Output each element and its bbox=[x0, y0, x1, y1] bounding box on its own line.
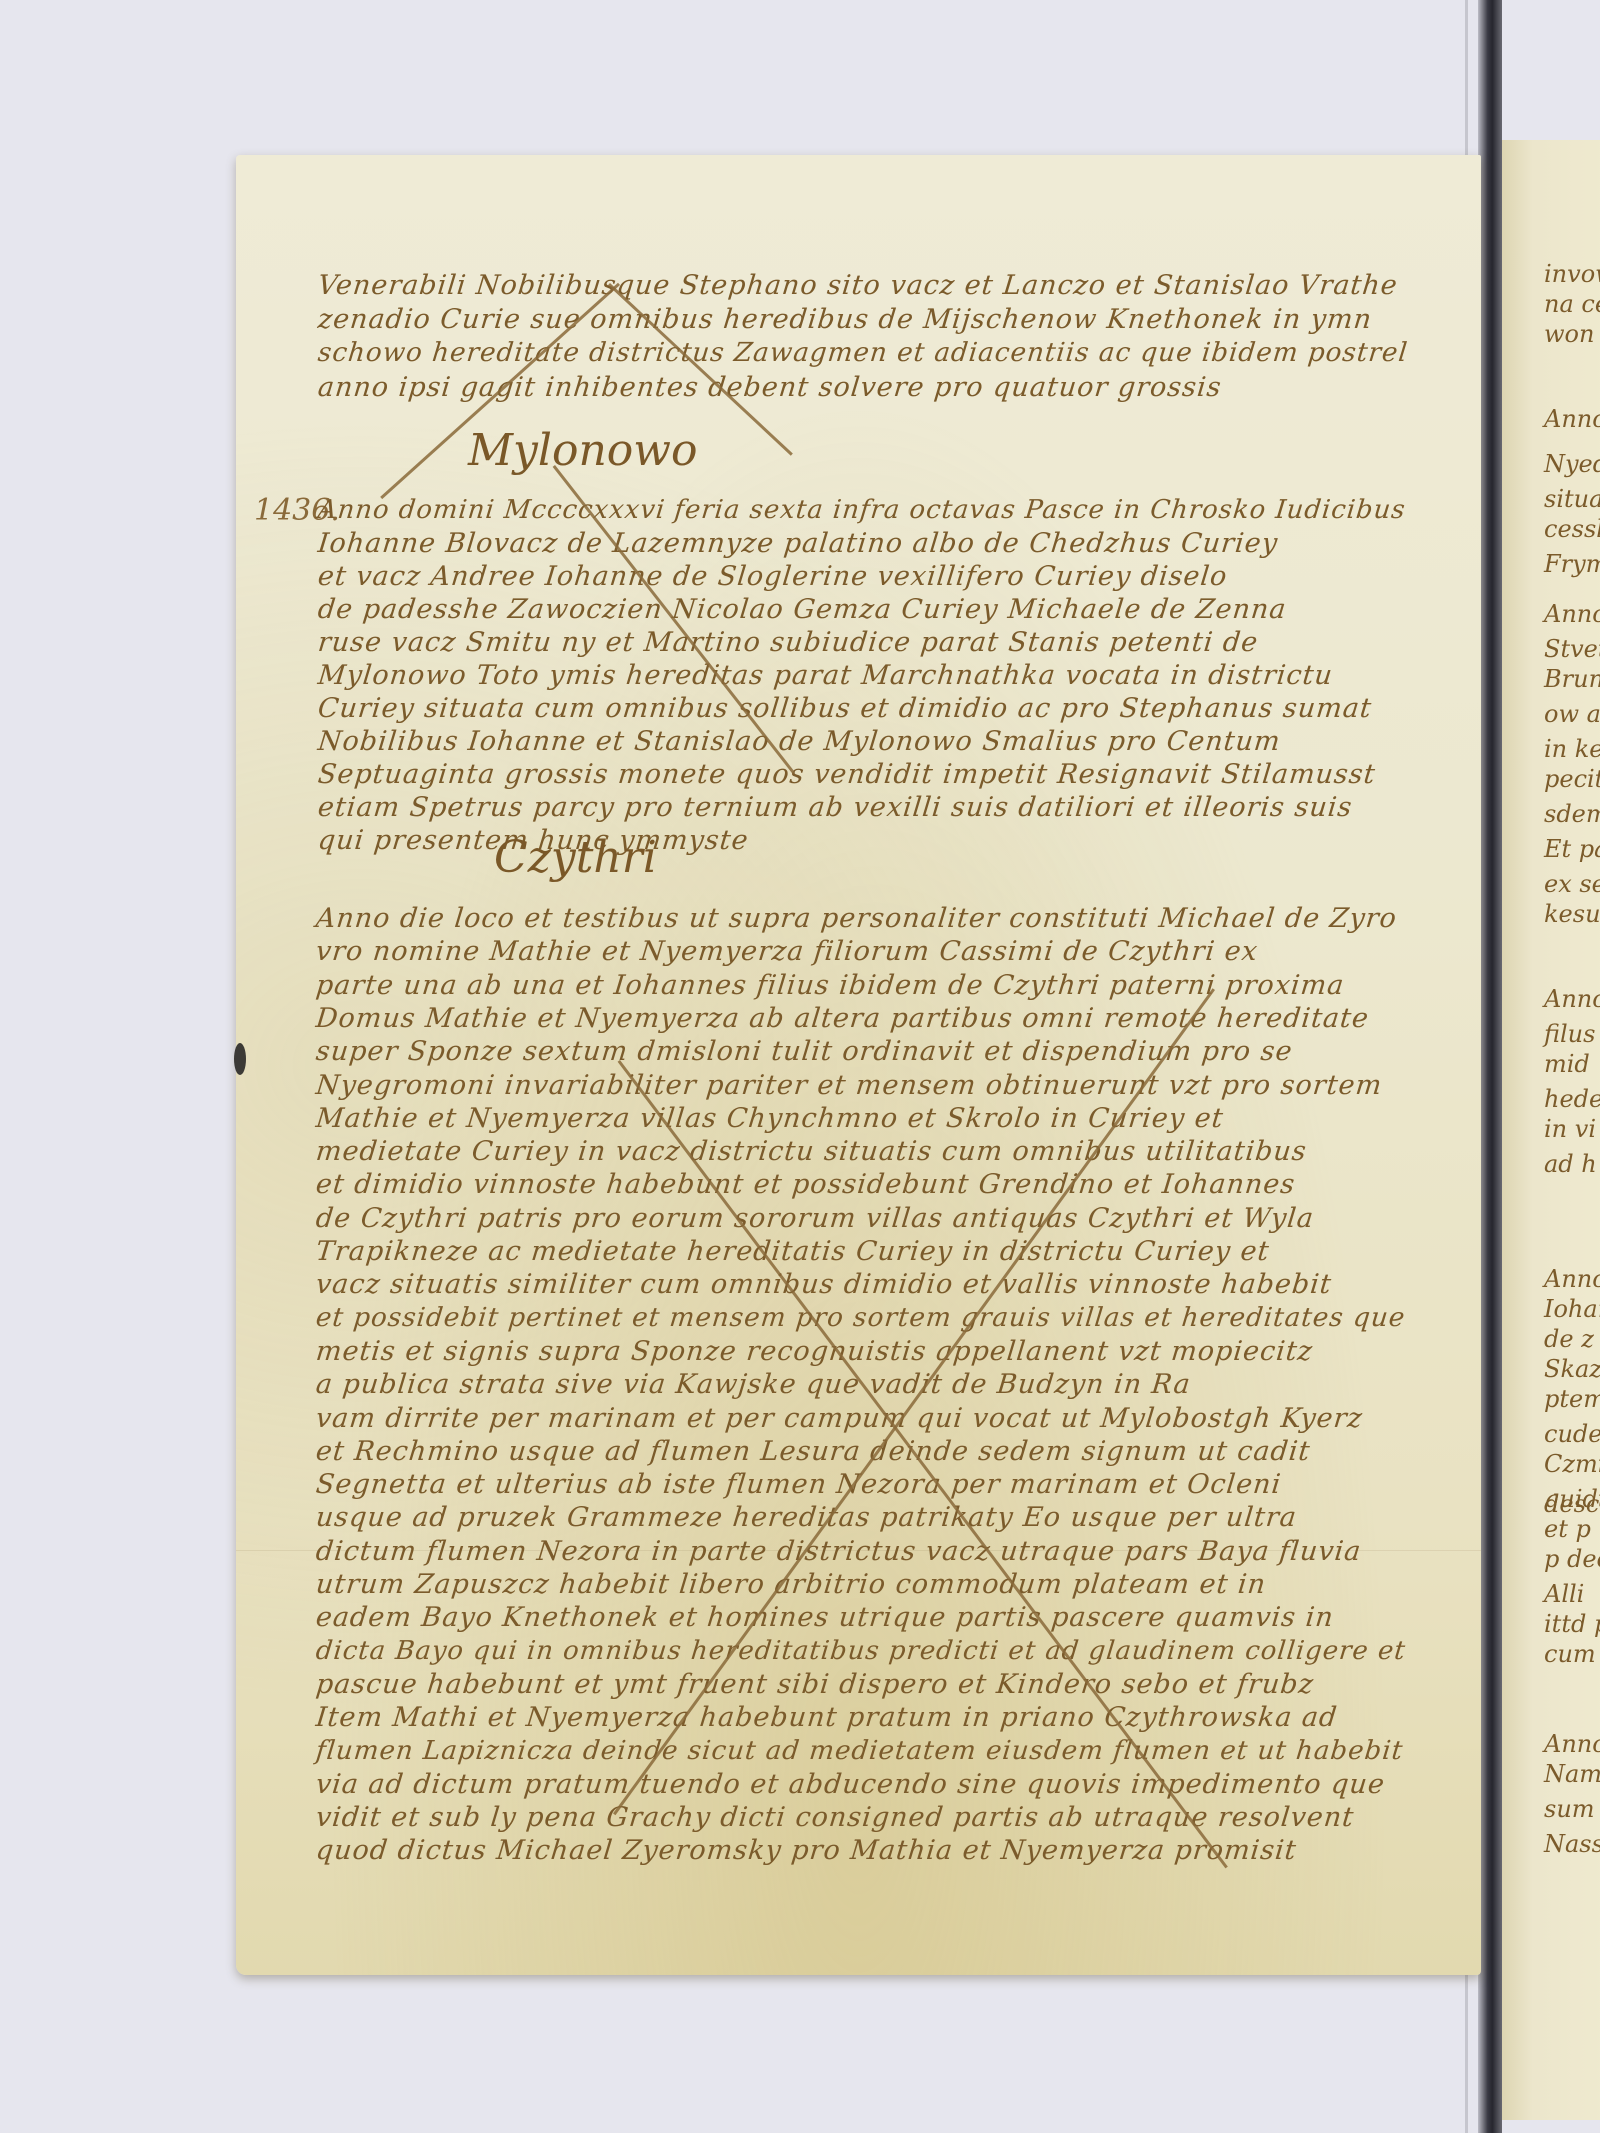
facing-page-fragment: Anno bbox=[1544, 600, 1600, 628]
facing-page-fragment: Iohan bbox=[1544, 1295, 1600, 1323]
facing-page-fragment: in vi bbox=[1544, 1115, 1596, 1143]
facing-page-fragment: Nams bbox=[1544, 1760, 1600, 1788]
ink-blot bbox=[234, 1043, 246, 1075]
facing-page-fragment: na ce bbox=[1544, 290, 1600, 318]
heading-czythri: Czythri bbox=[494, 832, 657, 883]
manuscript-line: vro nomine Mathie et Nyemyerza filiorum … bbox=[314, 936, 1259, 967]
facing-page-fragment: mid bbox=[1544, 1050, 1590, 1078]
manuscript-line: Domus Mathie et Nyemyerza ab altera part… bbox=[314, 1003, 1370, 1034]
facing-page-fragment: Skaz bbox=[1544, 1355, 1600, 1383]
manuscript-line: utrum Zapuszcz habebit libero arbitrio c… bbox=[314, 1569, 1267, 1600]
facing-page-fragment: Nass bbox=[1544, 1830, 1600, 1858]
manuscript-line: flumen Lapiznicza deinde sicut ad mediet… bbox=[314, 1736, 1404, 1766]
manuscript-line: Iohanne Blovacz de Lazemnyze palatino al… bbox=[316, 528, 1279, 559]
manuscript-line: vam dirrite per marinam et per campum qu… bbox=[314, 1403, 1364, 1434]
manuscript-line: Segnetta et ulterius ab iste flumen Nezo… bbox=[314, 1469, 1282, 1500]
facing-page-fragment: descom bbox=[1544, 1490, 1600, 1518]
facing-page-fragment: situat bbox=[1544, 485, 1600, 513]
manuscript-line: etiam Spetrus parcy pro ternium ab vexil… bbox=[316, 792, 1354, 823]
manuscript-line: quod dictus Michael Zyeromsky pro Mathia… bbox=[314, 1835, 1298, 1866]
manuscript-line: Venerabili Nobilibusque Stephano sito va… bbox=[316, 270, 1399, 301]
facing-page-fragment: Brun bbox=[1544, 665, 1600, 693]
manuscript-line: parte una ab una et Iohannes filius ibid… bbox=[314, 970, 1346, 1001]
manuscript-line: super Sponze sextum dmisloni tulit ordin… bbox=[314, 1036, 1294, 1067]
manuscript-line: schowo hereditate districtus Zawagmen et… bbox=[316, 338, 1409, 368]
facing-page-fragment: Stvet bbox=[1544, 635, 1600, 663]
manuscript-line: et dimidio vinnoste habebunt et possideb… bbox=[314, 1169, 1296, 1200]
facing-page-fragment: Czmi bbox=[1544, 1450, 1600, 1478]
book-gutter bbox=[1478, 0, 1502, 2133]
manuscript-line: usque ad pruzek Grammeze hereditas patri… bbox=[314, 1502, 1298, 1533]
facing-page-fragment: ex se bbox=[1544, 870, 1600, 898]
manuscript-line: Curiey situata cum omnibus sollibus et d… bbox=[316, 693, 1373, 724]
facing-page-fragment: p dece bbox=[1544, 1545, 1600, 1573]
manuscript-line: et vacz Andree Iohanne de Sloglerine vex… bbox=[316, 561, 1229, 592]
facing-page-fragment: ad h bbox=[1544, 1150, 1597, 1178]
facing-page-fragment: in ke bbox=[1544, 735, 1600, 763]
manuscript-line: medietate Curiey in vacz districtu situa… bbox=[314, 1136, 1308, 1167]
facing-page-fragment: Nyedv bbox=[1544, 450, 1600, 478]
manuscript-line: de Czythri patris pro eorum sororum vill… bbox=[314, 1203, 1315, 1234]
facing-page-fragment: hede bbox=[1544, 1085, 1600, 1113]
facing-page-fragment: sum bbox=[1544, 1795, 1595, 1823]
facing-page-fragment: sdem bbox=[1544, 800, 1600, 828]
manuscript-line: zenadio Curie sue omnibus heredibus de M… bbox=[316, 304, 1373, 335]
facing-page-fragment: Anno bbox=[1544, 405, 1600, 433]
facing-page: invowlna cewon pAnnoNyedvsituatcesslavFr… bbox=[1500, 140, 1600, 2120]
heading-mylonowo: Mylonowo bbox=[468, 425, 697, 476]
manuscript-line: vacz situatis similiter cum omnibus dimi… bbox=[314, 1269, 1333, 1300]
facing-page-fragment: cude bbox=[1544, 1420, 1600, 1448]
manuscript-line: Trapikneze ac medietate hereditatis Curi… bbox=[314, 1236, 1271, 1267]
manuscript-line: Nyegromoni invariabiliter pariter et men… bbox=[314, 1070, 1383, 1101]
facing-page-fragment: et p bbox=[1544, 1515, 1591, 1543]
manuscript-line: Septuaginta grossis monete quos vendidit… bbox=[316, 759, 1377, 790]
facing-page-fragment: Et pa bbox=[1544, 835, 1600, 863]
facing-page-fragment: cesslav bbox=[1544, 515, 1600, 543]
facing-page-fragment: Anno bbox=[1544, 1265, 1600, 1293]
manuscript-line: anno ipsi gagit inhibentes debent solver… bbox=[316, 372, 1223, 403]
facing-page-fragment: pecitn bbox=[1544, 765, 1600, 793]
manuscript-line: dicta Bayo qui in omnibus hereditatibus … bbox=[314, 1636, 1407, 1666]
facing-page-fragment: ittd p bbox=[1544, 1610, 1600, 1638]
manuscript-line: Anno die loco et testibus ut supra perso… bbox=[314, 903, 1398, 934]
manuscript-line: Nobilibus Iohanne et Stanislao de Mylono… bbox=[316, 726, 1282, 757]
facing-page-fragment: ow a bbox=[1544, 700, 1600, 728]
manuscript-line: a publica strata sive via Kawjske que va… bbox=[314, 1369, 1192, 1400]
manuscript-line: eadem Bayo Knethonek et homines utrique … bbox=[314, 1602, 1335, 1633]
manuscript-line: Item Mathi et Nyemyerza habebunt pratum … bbox=[314, 1702, 1339, 1733]
manuscript-line: Anno domini Mccccxxxvi feria sexta infra… bbox=[316, 495, 1407, 525]
facing-page-fragment: cum p bbox=[1544, 1640, 1600, 1668]
manuscript-line: Mathie et Nyemyerza villas Chynchmno et … bbox=[314, 1103, 1225, 1134]
facing-page-fragment: kesup bbox=[1544, 900, 1600, 928]
manuscript-line: de padesshe Zawoczien Nicolao Gemza Curi… bbox=[316, 594, 1288, 625]
facing-page-fragment: ptem bbox=[1544, 1385, 1600, 1413]
facing-page-fragment: Frymen bbox=[1544, 550, 1600, 578]
facing-page-fragment: de z bbox=[1544, 1325, 1594, 1353]
facing-page-fragment: Anno bbox=[1544, 1730, 1600, 1758]
manuscript-line: et Rechmino usque ad flumen Lesura deind… bbox=[314, 1436, 1312, 1467]
facing-page-fragment: filus bbox=[1544, 1020, 1595, 1048]
manuscript-line: pascue habebunt et ymt fruent sibi dispe… bbox=[314, 1669, 1315, 1700]
manuscript-line: Mylonowo Toto ymis hereditas parat March… bbox=[316, 660, 1334, 691]
facing-page-fragment: won p bbox=[1544, 320, 1600, 348]
facing-page-fragment: Anno bbox=[1544, 985, 1600, 1013]
manuscript-line: et possidebit pertinet et mensem pro sor… bbox=[314, 1303, 1406, 1333]
manuscript-line: via ad dictum pratum tuendo et abducendo… bbox=[314, 1769, 1386, 1800]
manuscript-line: metis et signis supra Sponze recognuisti… bbox=[314, 1336, 1314, 1367]
facing-page-fragment: Alli bbox=[1544, 1580, 1584, 1608]
manuscript-line: dictum flumen Nezora in parte districtus… bbox=[314, 1536, 1363, 1567]
manuscript-line: ruse vacz Smitu ny et Martino subiudice … bbox=[316, 627, 1260, 658]
facing-page-fragment: invowl bbox=[1544, 260, 1600, 288]
